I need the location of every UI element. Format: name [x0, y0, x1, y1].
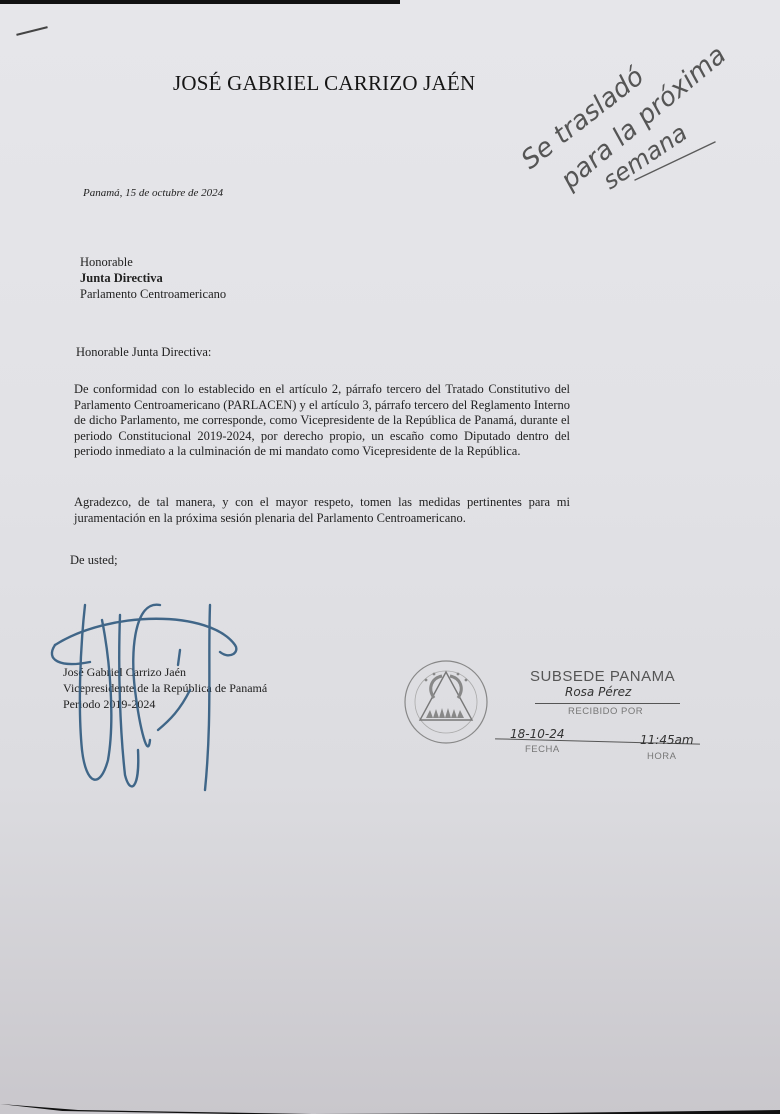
- body-paragraph-2: Agradezco, de tal manera, y con el mayor…: [74, 495, 570, 526]
- letterhead-name: JOSÉ GABRIEL CARRIZO JAÉN: [173, 71, 475, 96]
- addressee-board: Junta Directiva: [80, 270, 226, 286]
- parlacen-seal-icon: [402, 658, 490, 746]
- receipt-stamp: SUBSEDE PANAMA Rosa Pérez RECIBIDO POR 1…: [490, 663, 710, 773]
- pen-mark: [16, 26, 48, 36]
- photo-edge-top: [0, 0, 400, 4]
- handwritten-note: Se trasladó para la próxima semana: [500, 30, 760, 210]
- stamp-office: SUBSEDE PANAMA: [530, 668, 675, 685]
- addressee-block: Honorable Junta Directiva Parlamento Cen…: [80, 254, 226, 302]
- addressee-institution: Parlamento Centroamericano: [80, 286, 226, 302]
- photo-edge-bottom: [0, 1104, 780, 1114]
- date-label: FECHA: [525, 744, 560, 755]
- salutation: Honorable Junta Directiva:: [76, 345, 211, 360]
- addressee-honorific: Honorable: [80, 254, 226, 270]
- closing: De usted;: [70, 553, 118, 568]
- dateline: Panamá, 15 de octubre de 2024: [83, 187, 223, 199]
- time-handwritten: 11:45am: [640, 733, 694, 747]
- received-by-line: [535, 703, 680, 704]
- time-label: HORA: [647, 751, 676, 762]
- letter-page: JOSÉ GABRIEL CARRIZO JAÉN Se trasladó pa…: [0, 0, 780, 1114]
- received-by-label: RECIBIDO POR: [568, 706, 643, 717]
- signature-icon: [30, 590, 330, 810]
- received-by-handwritten: Rosa Pérez: [565, 685, 631, 699]
- body-paragraph-1: De conformidad con lo establecido en el …: [74, 382, 570, 460]
